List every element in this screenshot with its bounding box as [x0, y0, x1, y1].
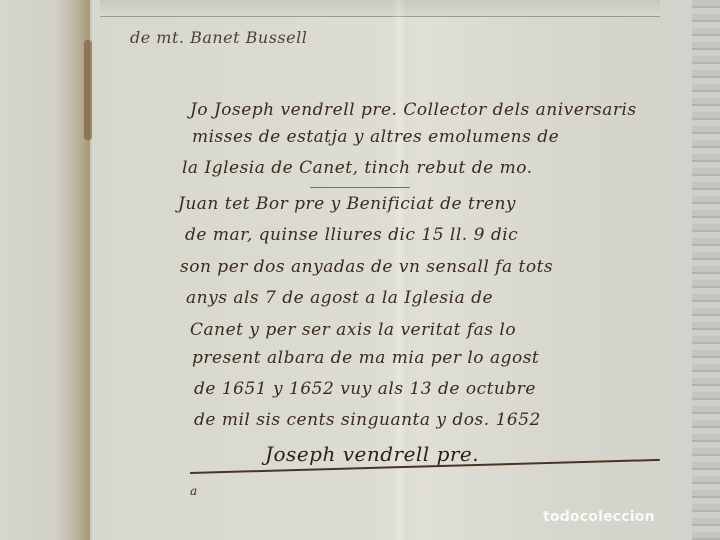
header-note: de mt. Banet Bussell [130, 28, 307, 47]
manuscript-line: de 1651 y 1652 vuy als 13 de octubre [194, 379, 536, 399]
manuscript-line: son per dos anyadas de vn sensall fa tot… [180, 257, 553, 277]
signature: Joseph vendrell pre. [265, 442, 479, 466]
manuscript-line: de mar, quinse lliures dic 15 ll. 9 dic [185, 225, 518, 245]
underline [310, 187, 410, 188]
manuscript-line: Juan tet Bor pre y Benificiat de treny [178, 194, 516, 214]
manuscript-line: present albara de ma mia per lo agost [192, 348, 539, 368]
manuscript-line: la Iglesia de Canet, tinch rebut de mo. [182, 158, 533, 178]
manuscript-line: Jo Joseph vendrell pre. Collector dels a… [190, 100, 637, 120]
corner-mark: a [190, 484, 198, 498]
manuscript-line: misses de estatja y altres emolumens de [192, 127, 559, 147]
manuscript-line: anys als 7 de agost a la Iglesia de [186, 288, 493, 308]
manuscript-line: de mil sis cents singuanta y dos. 1652 [194, 410, 541, 430]
manuscript-line: Canet y per ser axis la veritat fas lo [190, 320, 516, 340]
page-top-edge [100, 0, 660, 17]
fold-stain [84, 40, 92, 140]
watermark: todocoleccion [543, 509, 655, 525]
left-folded-page [0, 0, 90, 540]
